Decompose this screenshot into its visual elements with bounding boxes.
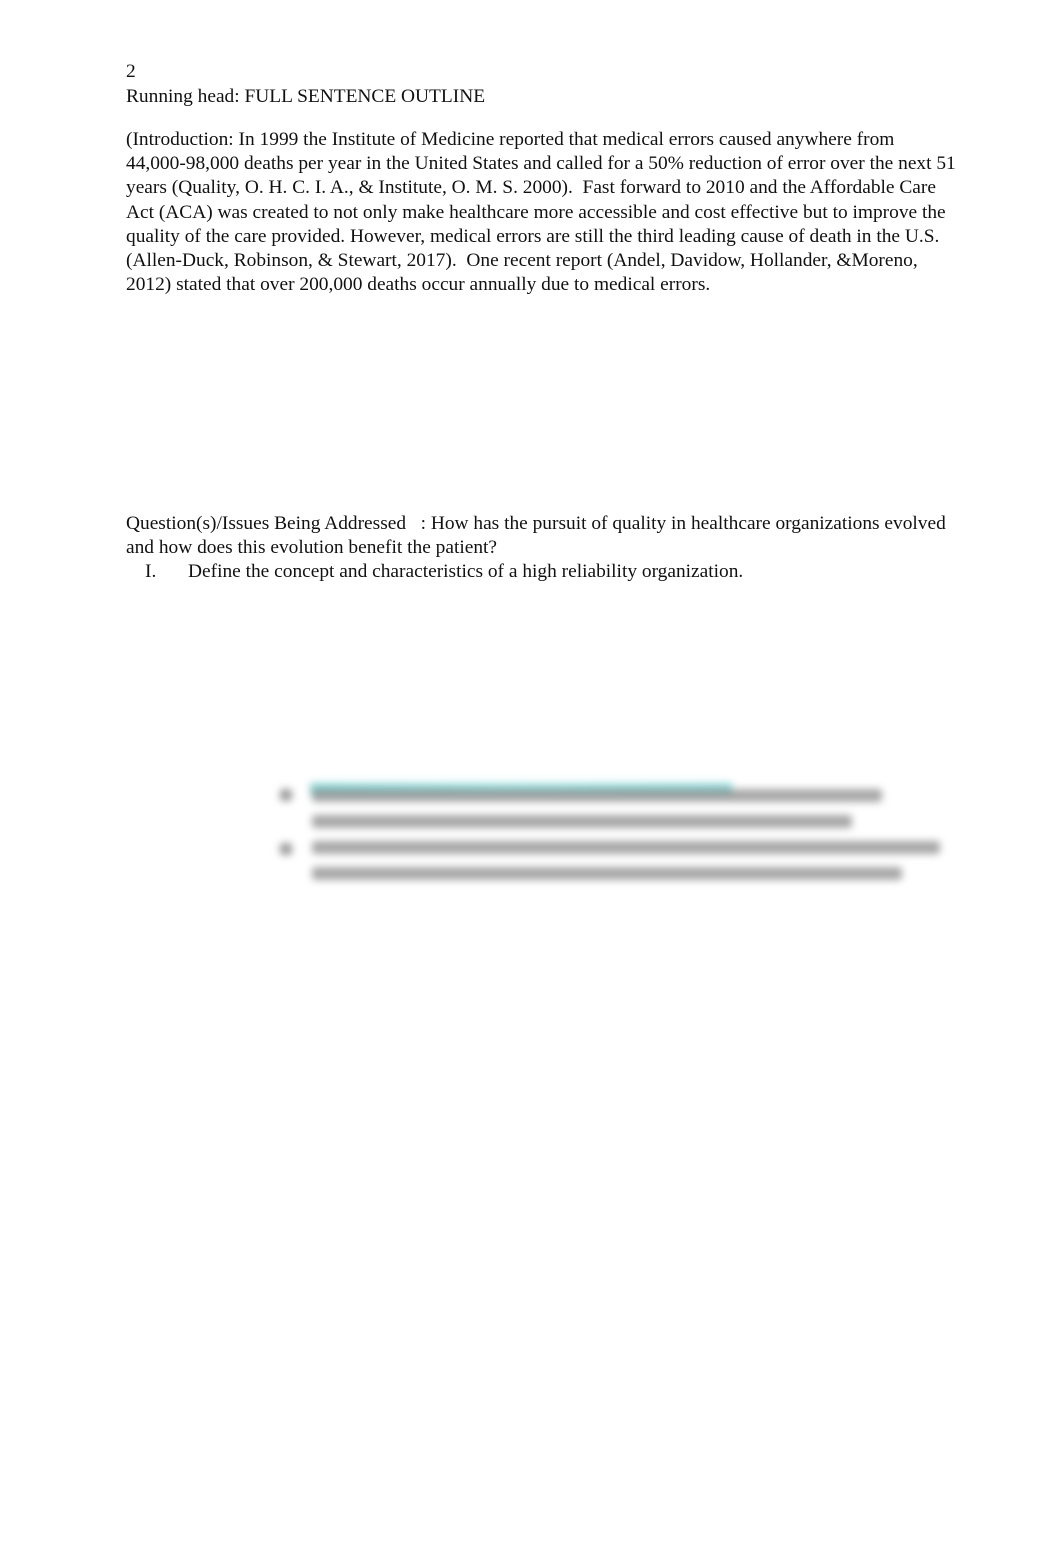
outline-numeral: I. [126, 560, 188, 584]
blurred-line [312, 867, 902, 880]
outline-text: Define the concept and characteristics o… [188, 560, 743, 584]
blurred-numeral [280, 789, 292, 801]
outline-item: I. Define the concept and characteristic… [126, 560, 743, 584]
page-number: 2 [126, 60, 946, 84]
blurred-line [312, 815, 852, 828]
blurred-preview-section [268, 783, 948, 888]
document-page: 2 Running head: FULL SENTENCE OUTLINE (I… [0, 0, 1062, 1561]
question-paragraph: Question(s)/Issues Being Addressed : How… [126, 512, 946, 560]
running-head: Running head: FULL SENTENCE OUTLINE [126, 85, 946, 109]
blurred-numeral [280, 843, 292, 855]
blurred-line [312, 841, 940, 854]
blurred-line [312, 789, 882, 802]
introduction-paragraph: (Introduction: In 1999 the Institute of … [126, 128, 956, 297]
